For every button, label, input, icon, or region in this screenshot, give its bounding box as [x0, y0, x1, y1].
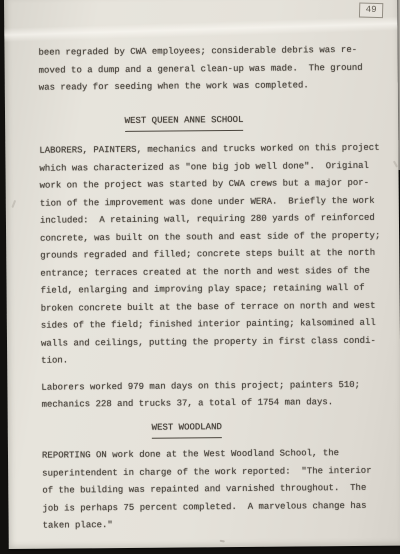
paragraph-man-days: Laborers worked 979 man days on this pro… — [41, 376, 386, 414]
text-line: was ready for seeding when the work was … — [39, 77, 384, 98]
text-line: tion. — [41, 350, 386, 371]
text-line: walls and ceilings, putting the property… — [41, 332, 386, 353]
paragraph-cleanup: been regraded by CWA employees; consider… — [38, 42, 383, 98]
paragraph-west-queen-anne-body: LABORERS, PAINTERS, mechanics and trucks… — [39, 140, 386, 371]
scan-artifact — [393, 161, 398, 168]
scan-artifact — [11, 200, 16, 208]
text-line: Laborers worked 979 man days on this pro… — [41, 376, 386, 397]
section-heading-west-woodland: WEST WOODLAND — [152, 419, 222, 439]
paragraph-west-woodland-body: REPORTING ON work done at the West Woodl… — [42, 445, 388, 536]
text-line: taken place." — [43, 515, 388, 536]
scanned-document: 49 been regraded by CWA employees; consi… — [0, 0, 400, 554]
text-line: job is perhaps 75 percent completed. A m… — [42, 497, 387, 518]
text-line: grounds regraded and filled; concrete st… — [40, 245, 385, 266]
text-line: included: A retaining wall, requiring 28… — [40, 210, 385, 231]
text-line: mechanics 228 and trucks 37, a total of … — [41, 394, 386, 415]
section-heading-row: WEST WOODLAND — [42, 417, 387, 440]
text-line: LABORERS, PAINTERS, mechanics and trucks… — [39, 140, 384, 161]
page-content: been regraded by CWA employees; consider… — [38, 0, 388, 535]
document-page: 49 been regraded by CWA employees; consi… — [4, 0, 400, 549]
section-heading-west-queen-anne: WEST QUEEN ANNE SCHOOL — [125, 111, 244, 132]
section-heading-row: WEST QUEEN ANNE SCHOOL — [39, 110, 384, 133]
text-line: of the building was repainted and varnis… — [42, 480, 387, 501]
text-line: REPORTING ON work done at the West Woodl… — [42, 445, 387, 466]
text-line: moved to a dump and a general clean-up w… — [39, 59, 384, 80]
text-line: work on the project was started by CWA c… — [40, 175, 385, 196]
text-line: been regraded by CWA employees; consider… — [38, 42, 383, 63]
scan-artifact — [220, 540, 225, 543]
